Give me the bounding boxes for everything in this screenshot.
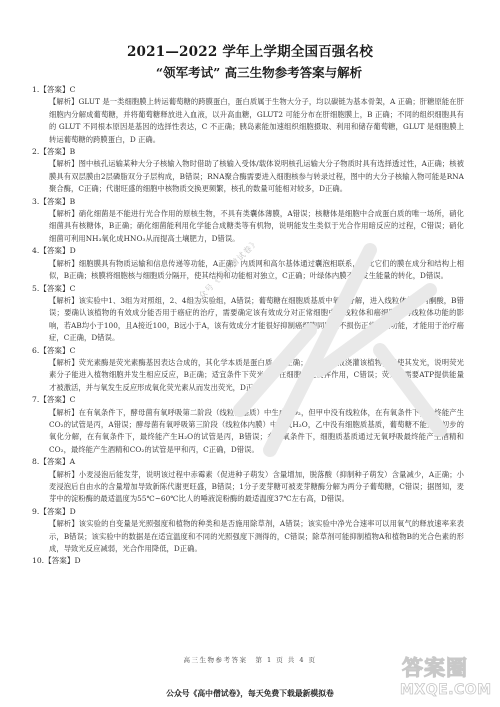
explanation-label: 【解析】 <box>49 259 79 268</box>
explanation-text: 该实验中1、3组为对照组，2、4组为实验组，A错误；葡萄糖在细胞质基质中氧化分解… <box>49 296 464 342</box>
question-item: 6.【答案】C 【解析】荧光素酶是荧光素酶基因表达合成的，其化学本质是蛋白质，A… <box>40 345 464 395</box>
document-page: 2021—2022 学年上学期全国百强名校 “领军考试” 高三生物参考答案与解析… <box>0 0 500 707</box>
explanation-label: 【解析】 <box>49 358 79 367</box>
question-item: 8.【答案】A 【解析】小麦浸泡后能发芽，说明该过程中赤霉素（促进种子萌发）含量… <box>40 456 464 506</box>
answer-line: 3.【答案】B <box>40 196 464 208</box>
answer-label: 【答案】 <box>44 556 74 565</box>
explanation-text: 在有氧条件下，酵母菌有氧呼吸第二阶段（线粒体基质）中生成CO₂，但甲中没有线粒体… <box>49 408 464 454</box>
question-item: 10.【答案】D <box>40 555 464 567</box>
question-item: 4.【答案】D 【解析】细胞膜具有物质运输和信息传递等功能，A正确；内质网和高尔… <box>40 245 464 282</box>
answer-label: 【答案】 <box>39 346 69 355</box>
answer-line: 1.【答案】C <box>40 84 464 96</box>
question-item: 5.【答案】C 【解析】该实验中1、3组为对照组，2、4组为实验组，A错误；葡萄… <box>40 283 464 345</box>
question-number: 10. <box>32 556 44 565</box>
answer-value: A <box>70 457 75 466</box>
answer-label: 【答案】 <box>39 197 69 206</box>
explanation: 【解析】该实验的自变量是光照强度和植物的种类和是否施用除草剂，A错误；该实验中净… <box>40 518 464 555</box>
answer-label: 【答案】 <box>39 284 69 293</box>
explanation-text: 细胞膜具有物质运输和信息传递等功能，A正确；内质网和高尔基体通过囊泡相联系，因此… <box>49 259 464 280</box>
promo-banner: 公众号《高中僧试卷》，每天免费下载最新模拟卷 <box>0 688 500 699</box>
explanation: 【解析】在有氧条件下，酵母菌有氧呼吸第二阶段（线粒体基质）中生成CO₂，但甲中没… <box>40 407 464 457</box>
answer-line: 9.【答案】D <box>40 506 464 518</box>
answer-value: D <box>70 507 76 516</box>
explanation-label: 【解析】 <box>49 470 79 479</box>
answer-label: 【答案】 <box>39 507 69 516</box>
explanation-label: 【解析】 <box>49 159 79 168</box>
answer-list: 1.【答案】C 【解析】GLUT 是一类细胞膜上转运葡萄糖的跨膜蛋白，蛋白质属于… <box>40 84 464 568</box>
explanation-text: 荧光素酶是荧光素酶基因表达合成的，其化学本质是蛋白质，A正确；荧光素溶液浇灌该植… <box>49 358 464 392</box>
explanation: 【解析】GLUT 是一类细胞膜上转运葡萄糖的跨膜蛋白，蛋白质属于生物大分子，均以… <box>40 96 464 146</box>
answer-value: C <box>70 346 76 355</box>
answer-line: 8.【答案】A <box>40 456 464 468</box>
answer-value: C <box>70 395 76 404</box>
answer-value: B <box>70 197 76 206</box>
explanation: 【解析】硝化细菌是不能进行光合作用的原核生物，不具有类囊体薄膜，A错误；核糖体是… <box>40 208 464 245</box>
explanation-text: 图中核孔运输某种大分子核输入物时借助了核输入受体/载体说明核孔运输大分子物质时具… <box>49 159 464 193</box>
answer-label: 【答案】 <box>39 85 69 94</box>
explanation: 【解析】图中核孔运输某种大分子核输入物时借助了核输入受体/载体说明核孔运输大分子… <box>40 158 464 195</box>
answer-value: C <box>70 85 76 94</box>
answer-value: D <box>74 556 80 565</box>
explanation-label: 【解析】 <box>49 519 79 528</box>
question-item: 1.【答案】C 【解析】GLUT 是一类细胞膜上转运葡萄糖的跨膜蛋白，蛋白质属于… <box>40 84 464 146</box>
explanation-label: 【解析】 <box>49 209 79 218</box>
explanation: 【解析】荧光素酶是荧光素酶基因表达合成的，其化学本质是蛋白质，A正确；荧光素溶液… <box>40 357 464 394</box>
answer-line: 4.【答案】D <box>40 245 464 257</box>
answer-label: 【答案】 <box>39 457 69 466</box>
answer-line: 7.【答案】C <box>40 394 464 406</box>
explanation-text: GLUT 是一类细胞膜上转运葡萄糖的跨膜蛋白，蛋白质属于生物大分子，均以碳链为基… <box>49 97 464 143</box>
explanation: 【解析】该实验中1、3组为对照组，2、4组为实验组，A错误；葡萄糖在细胞质基质中… <box>40 295 464 345</box>
explanation-text: 该实验的自变量是光照强度和植物的种类和是否施用除草剂，A错误；该实验中净光合速率… <box>49 519 464 553</box>
answer-label: 【答案】 <box>39 246 69 255</box>
explanation: 【解析】小麦浸泡后能发芽，说明该过程中赤霉素（促进种子萌发）含量增加，脱落酸（抑… <box>40 469 464 506</box>
question-item: 2.【答案】B 【解析】图中核孔运输某种大分子核输入物时借助了核输入受体/载体说… <box>40 146 464 196</box>
answer-line: 10.【答案】D <box>40 555 464 567</box>
explanation-label: 【解析】 <box>49 408 79 417</box>
explanation-label: 【解析】 <box>49 296 79 305</box>
answer-line: 2.【答案】B <box>40 146 464 158</box>
answer-line: 6.【答案】C <box>40 345 464 357</box>
document-subtitle: “领军考试” 高三生物参考答案与解析 <box>0 63 500 81</box>
answer-value: D <box>70 246 76 255</box>
question-item: 7.【答案】C 【解析】在有氧条件下，酵母菌有氧呼吸第二阶段（线粒体基质）中生成… <box>40 394 464 456</box>
explanation-text: 小麦浸泡后能发芽，说明该过程中赤霉素（促进种子萌发）含量增加，脱落酸（抑制种子萌… <box>49 470 464 504</box>
page-footer: 高三生物参考答案 第 1 页 共 4 页 <box>0 655 500 664</box>
explanation: 【解析】细胞膜具有物质运输和信息传递等功能，A正确；内质网和高尔基体通过囊泡相联… <box>40 258 464 283</box>
document-title: 2021—2022 学年上学期全国百强名校 <box>0 40 500 60</box>
explanation-label: 【解析】 <box>49 97 79 106</box>
question-item: 3.【答案】B 【解析】硝化细菌是不能进行光合作用的原核生物，不具有类囊体薄膜，… <box>40 196 464 246</box>
question-item: 9.【答案】D 【解析】该实验的自变量是光照强度和植物的种类和是否施用除草剂，A… <box>40 506 464 556</box>
answer-value: C <box>70 284 76 293</box>
answer-label: 【答案】 <box>39 147 69 156</box>
answer-label: 【答案】 <box>39 395 69 404</box>
explanation-text: 硝化细菌是不能进行光合作用的原核生物，不具有类囊体薄膜，A错误；核糖体是细胞中合… <box>49 209 464 243</box>
answer-value: B <box>70 147 76 156</box>
answer-line: 5.【答案】C <box>40 283 464 295</box>
